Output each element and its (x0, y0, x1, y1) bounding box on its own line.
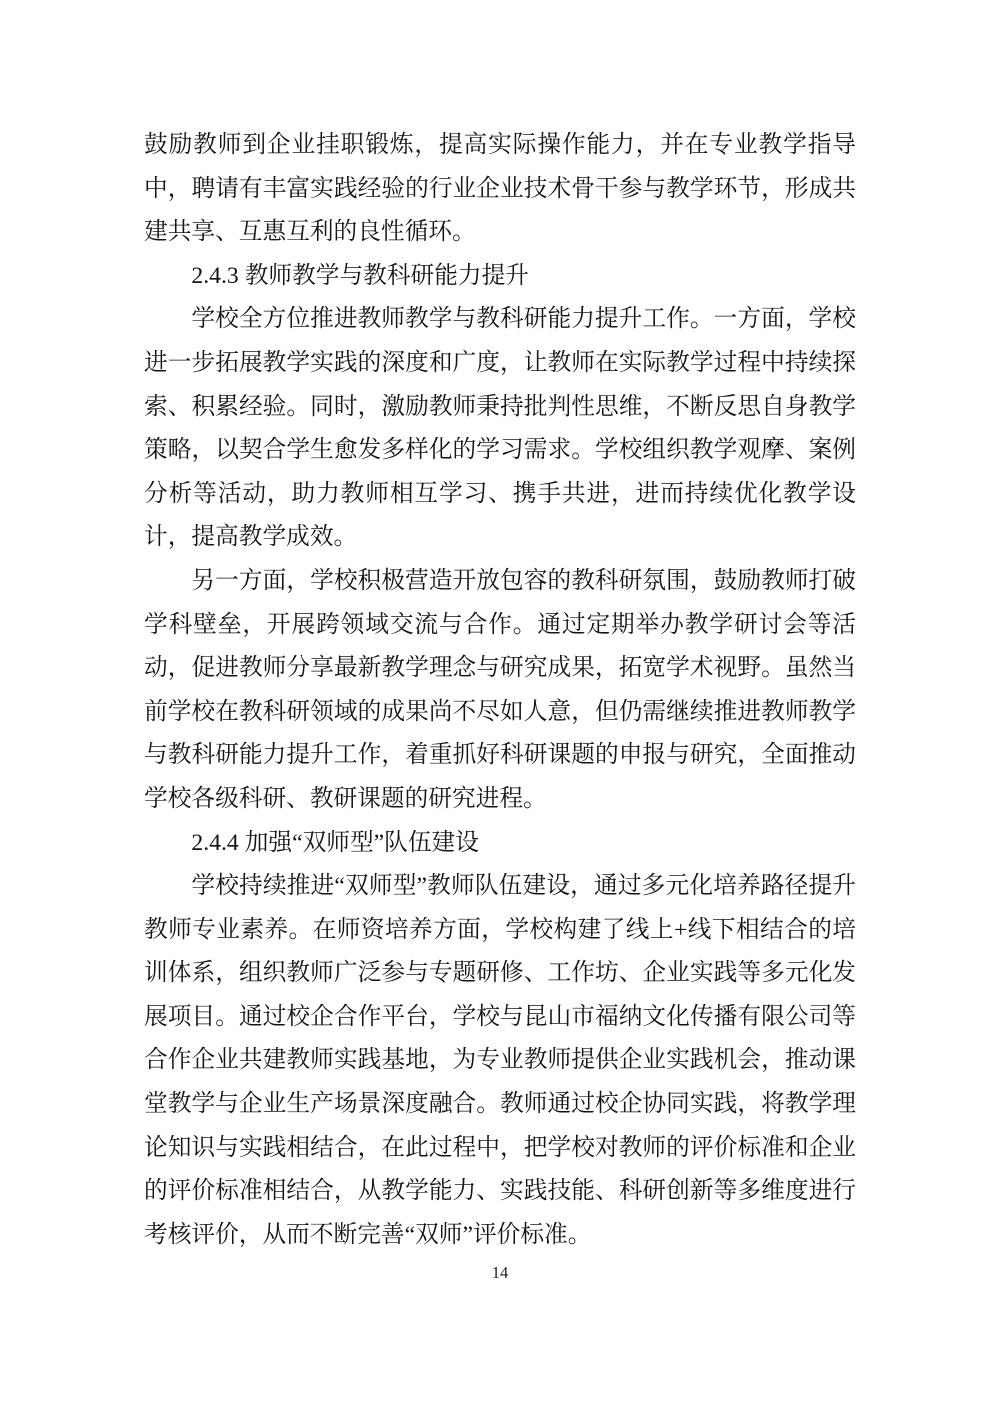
paragraph-teaching-research-2: 另一方面，学校积极营造开放包容的教科研氛围，鼓励教师打破学科壁垒，开展跨领域交流… (144, 560, 856, 822)
section-heading-2-4-4: 2.4.4 加强“双师型”队伍建设 (144, 822, 856, 866)
page-number: 14 (0, 1263, 1000, 1283)
section-heading-2-4-3: 2.4.3 教师教学与教科研能力提升 (144, 255, 856, 299)
paragraph-teaching-research-1: 学校全方位推进教师教学与教科研能力提升工作。一方面，学校进一步拓展教学实践的深度… (144, 298, 856, 560)
document-body: 鼓励教师到企业挂职锻炼，提高实际操作能力，并在专业教学指导中，聘请有丰富实践经验… (144, 124, 856, 1257)
document-page: 鼓励教师到企业挂职锻炼，提高实际操作能力，并在专业教学指导中，聘请有丰富实践经验… (0, 0, 1000, 1414)
paragraph-continuation: 鼓励教师到企业挂职锻炼，提高实际操作能力，并在专业教学指导中，聘请有丰富实践经验… (144, 124, 856, 255)
paragraph-dual-teacher: 学校持续推进“双师型”教师队伍建设，通过多元化培养路径提升教师专业素养。在师资培… (144, 865, 856, 1257)
